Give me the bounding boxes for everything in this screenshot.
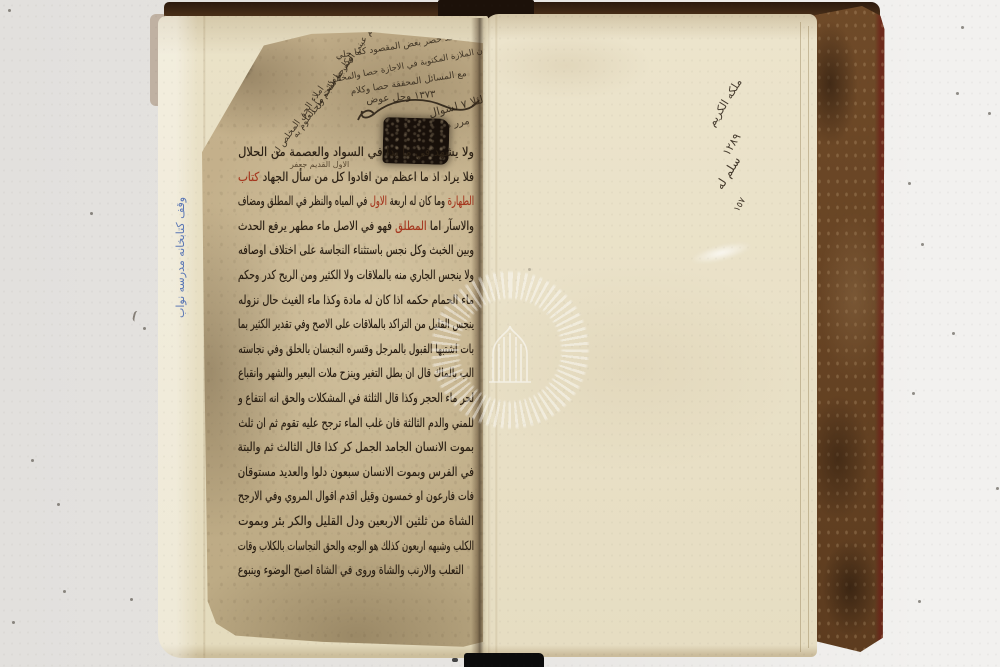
manuscript-line: الطهارة وما كان له اربعة الاول في المياه…	[318, 189, 474, 214]
page-stack-edge	[808, 26, 809, 648]
dust-speck	[996, 487, 999, 490]
page-stack-edge	[800, 22, 801, 652]
text-segment: الب بالماك قال ان بطل التغير وينزح ملات …	[238, 365, 474, 380]
dust-speck	[921, 243, 924, 246]
dust-speck	[988, 112, 991, 115]
manuscript-line: الب بالماك قال ان بطل التغير وينزح ملات …	[304, 361, 474, 386]
right-page: ملكه الكريم ١٢٨٩ سلم له ١٥٧	[483, 14, 817, 657]
manuscript-line: الشاة من ثلثين الاربعين ودل القليل والكر…	[267, 509, 474, 534]
dust-speck	[57, 503, 60, 506]
text-segment: ولا يشهد في ما بدا في السواد والعصمة من …	[238, 144, 474, 159]
manuscript-line: الثعلب والارنب والشاة وروى في الشاة اصبح…	[299, 558, 474, 583]
dust-speck	[912, 392, 915, 395]
text-segment: بموت الانسان الجامد الجمل كر كذا قال الث…	[238, 439, 474, 454]
text-segment-red: المطلق	[395, 218, 427, 233]
dust-speck	[452, 658, 458, 662]
ownership-inscription-line: ملكه الكريم	[705, 76, 745, 129]
dust-speck	[90, 212, 93, 215]
text-segment: وما كان له اربعة	[387, 193, 448, 208]
text-segment: فلا يراد اذ ما اعظم من افادوا كل من سأل …	[259, 169, 474, 184]
text-segment: فات فارعون او خمسون وقيل اقدم اقوال المر…	[238, 488, 474, 503]
manuscript-line: وبين الخبث وكل نجس باستثناء النجاسة على …	[293, 238, 474, 263]
text-segment: الشاة من ثلثين الاربعين ودل القليل والكر…	[238, 513, 474, 528]
text-segment: للمني والدم الثالثة فان غلب الماء ترجح ع…	[238, 415, 474, 430]
text-segment: والاسآر اما	[427, 218, 474, 233]
dust-speck	[8, 9, 11, 12]
text-segment-red: كتاب	[238, 169, 259, 184]
manuscript-line: لحر ماء الحجر وكذا قال الثلثة في المشكلا…	[302, 386, 474, 411]
text-segment: لحر ماء الحجر وكذا قال الثلثة في المشكلا…	[238, 390, 474, 405]
manuscript-line: بموت الانسان الجامد الجمل كر كذا قال الث…	[279, 435, 474, 460]
text-segment-red: الاول	[370, 193, 387, 208]
ownership-number: ١٥٧	[732, 196, 748, 214]
text-segment: ماء الحمام حكمه اذا كان له مادة وكذا ماء…	[238, 292, 474, 307]
text-segment: في المياه والنظر في المطلق ومضاف	[238, 193, 370, 208]
dust-speck	[143, 327, 146, 330]
manuscript-line: ينجس القليل من التراكد بالملاقات على الا…	[312, 312, 474, 337]
ink-fleck	[132, 310, 142, 323]
dust-speck	[961, 26, 964, 29]
dust-speck	[952, 332, 955, 335]
manuscript-line: ولا يشهد في ما بدا في السواد والعصمة من …	[259, 140, 474, 165]
text-segment: وبين الخبث وكل نجس باستثناء النجاسة على …	[238, 242, 474, 257]
dust-speck	[12, 621, 15, 624]
dust-speck	[908, 182, 911, 185]
text-segment: الكلب وشبهه اربعون كذلك هو الوجه والحق ا…	[238, 538, 474, 553]
dust-speck	[63, 590, 66, 593]
manuscript-line: فات فارعون او خمسون وقيل اقدم اقوال المر…	[298, 484, 474, 509]
faded-oval-seal	[202, 35, 260, 91]
manuscript-line: في الفرس وبموت الانسان سبعون دلوا والعدي…	[283, 460, 474, 485]
text-segment: بات اشتبها القبول بالمرجل وقسره النجسان …	[238, 341, 474, 356]
text-segment: الثعلب والارنب والشاة وروى في الشاة اصبح…	[238, 562, 464, 577]
ink-fleck	[528, 268, 531, 271]
manuscript-leaf: قد حصر بعض المقصود كما حلي وكون الملازة …	[202, 32, 483, 648]
manuscript-line: ماء الحمام حكمه اذا كان له مادة وكذا ماء…	[290, 288, 474, 313]
manuscript-line: ولا ينجس الجاري منه بالملاقات ولا الكثير…	[300, 263, 474, 288]
manuscript-photo: ملكه الكريم ١٢٨٩ سلم له ١٥٧ وقف كتابخانه…	[0, 0, 1000, 667]
dust-speck	[130, 598, 133, 601]
dust-speck	[918, 600, 921, 603]
manuscript-line: للمني والدم الثالثة فان غلب الماء ترجح ع…	[296, 411, 474, 436]
text-segment: ينجس القليل من التراكد بالملاقات على الا…	[238, 316, 474, 331]
manuscript-line: بات اشتبها القبول بالمرجل وقسره النجسان …	[305, 337, 474, 362]
paper-scuff	[689, 238, 753, 269]
book-gutter-shadow	[471, 18, 487, 655]
ownership-inscription-line: سلم له	[713, 154, 744, 192]
text-segment: في الفرس وبموت الانسان سبعون دلوا والعدي…	[238, 464, 474, 479]
text-segment: فهو في الاصل ماء مطهر يرفع الحدث	[238, 218, 395, 233]
main-text-block: ولا يشهد في ما بدا في السواد والعصمة من …	[238, 140, 474, 583]
waqf-library-stamp: وقف كتابخانه مدرسه نواب	[174, 138, 200, 318]
manuscript-line: فلا يراد اذ ما اعظم من افادوا كل من سأل …	[276, 165, 474, 190]
manuscript-line: والاسآر اما المطلق فهو في الاصل ماء مطهر…	[285, 214, 474, 239]
left-page: وقف كتابخانه مدرسه نواب وكيله محمد حسن ا…	[158, 16, 488, 658]
text-segment: ولا ينجس الجاري منه بالملاقات ولا الكثير…	[238, 267, 474, 282]
leather-cover	[806, 6, 886, 652]
dust-speck	[31, 459, 34, 462]
bottom-black-strip	[464, 653, 544, 667]
manuscript-line: الكلب وشبهه اربعون كذلك هو الوجه والحق ا…	[313, 534, 474, 559]
dust-speck	[956, 92, 959, 95]
